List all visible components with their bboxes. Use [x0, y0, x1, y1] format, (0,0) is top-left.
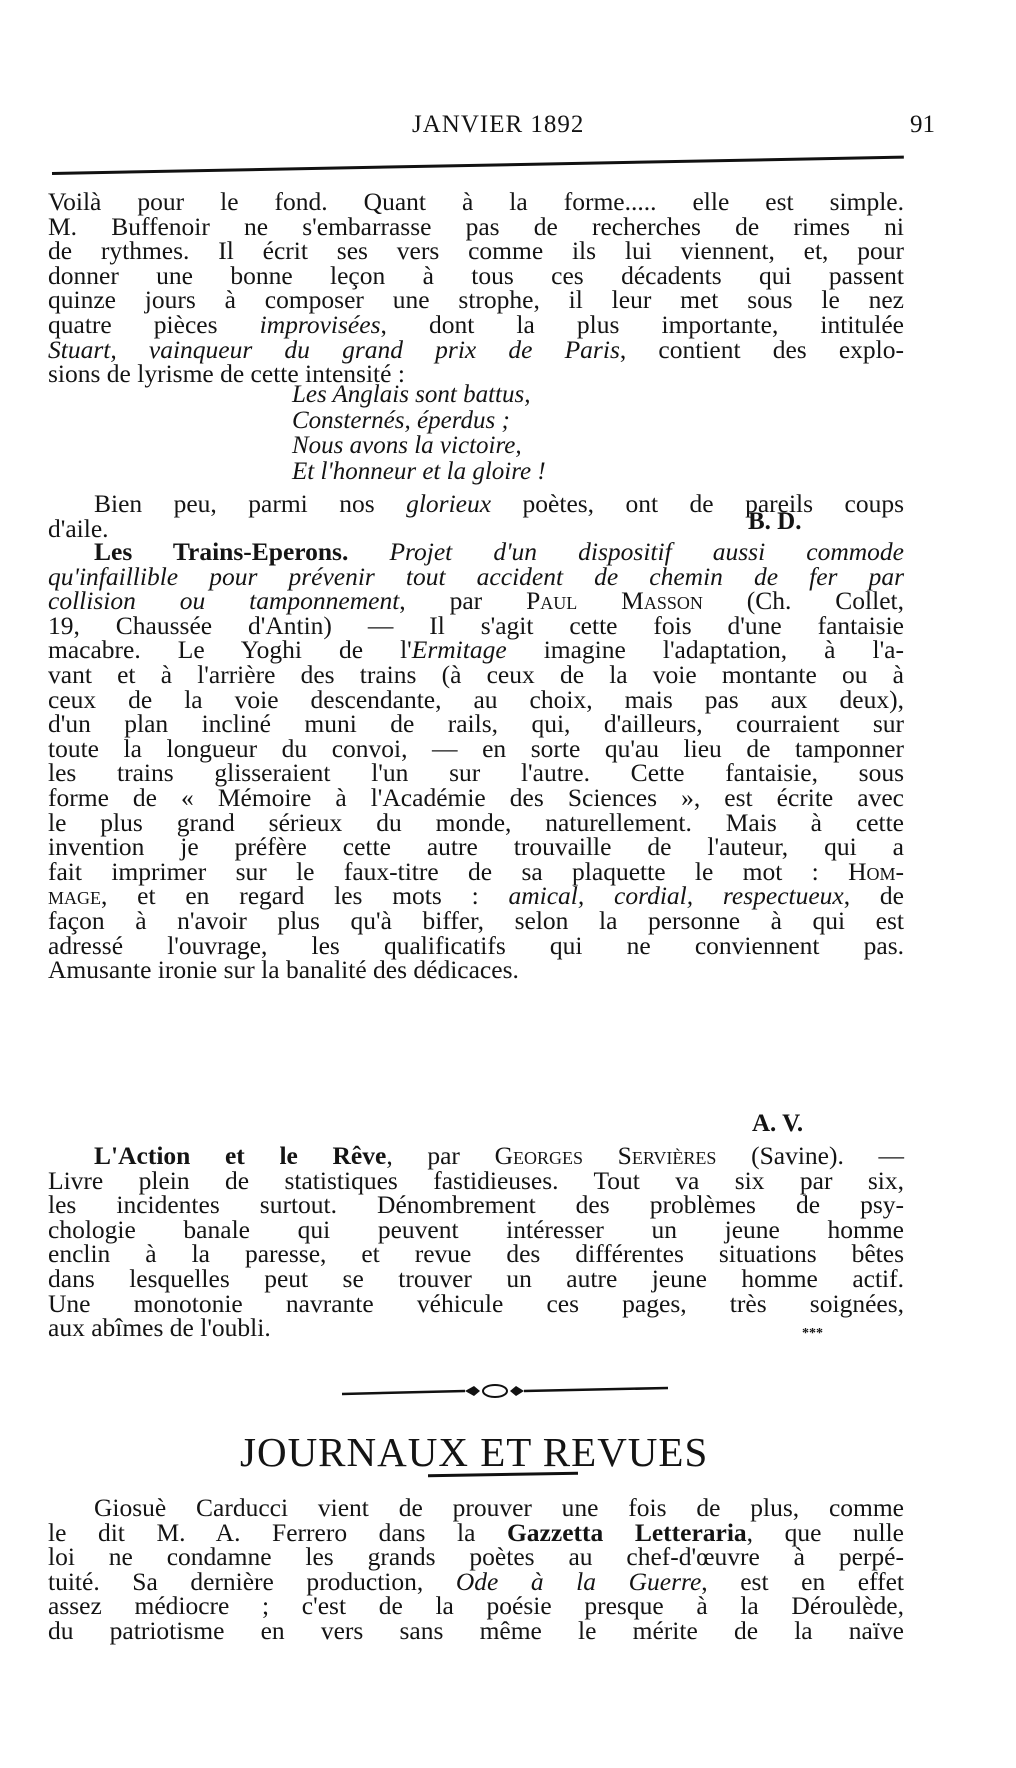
text-line: vant et à l'arrière des trains (à ceux d…	[48, 663, 904, 688]
text-line: dans lesquelles peut se trouver un autre…	[48, 1267, 904, 1292]
document-page: JANVIER 1892 91 Voilà pour le fond. Quan…	[0, 0, 1016, 1768]
text-line: L'Action et le Rêve, par Georges Servièr…	[48, 1144, 904, 1169]
verse-line: Consternés, éperdus ;	[292, 408, 546, 434]
text-line: façon à n'avoir plus qu'à biffer, selon …	[48, 909, 904, 934]
verse-line: Et l'honneur et la gloire !	[292, 459, 546, 485]
review-trains-eperons: Les Trains-Eperons. Projet d'un disposit…	[48, 540, 904, 983]
text-run: Bien peu, parmi nos	[94, 489, 406, 518]
text-line: forme de « Mémoire à l'Académie des Scie…	[48, 786, 904, 811]
italic-run: glorieux	[406, 489, 491, 518]
verse-line: Nous avons la victoire,	[292, 433, 546, 459]
text-line: du patriotisme en vers sans même le méri…	[48, 1619, 904, 1644]
review-action-et-reve: L'Action et le Rêve, par Georges Servièr…	[48, 1144, 904, 1341]
text-run: , contient des explo-	[620, 335, 904, 364]
signature: B. D.	[748, 508, 801, 536]
signature-asterisks: ***	[802, 1326, 823, 1342]
verse-line: Les Anglais sont battus,	[292, 382, 546, 408]
page-number: 91	[910, 111, 935, 139]
section-title: JOURNAUX ET REVUES	[240, 1428, 708, 1476]
review-carducci: Giosuè Carducci vient de prouver une foi…	[48, 1496, 904, 1644]
ornament-divider-icon	[340, 1382, 670, 1400]
text-line: Voilà pour le fond. Quant à la forme....…	[48, 190, 904, 215]
running-title: JANVIER 1892	[412, 111, 584, 139]
text-run: poètes, ont de pareils coups	[491, 489, 904, 518]
review-buffenoir: Voilà pour le fond. Quant à la forme....…	[48, 190, 904, 387]
text-line: Amusante ironie sur la banalité des dédi…	[48, 958, 904, 983]
verse-quote: Les Anglais sont battus, Consternés, épe…	[292, 382, 546, 484]
signature: A. V.	[752, 1110, 803, 1138]
header-rule	[52, 156, 904, 175]
text-line: aux abîmes de l'oubli.	[48, 1316, 904, 1341]
running-head: JANVIER 1892 91	[60, 111, 900, 151]
